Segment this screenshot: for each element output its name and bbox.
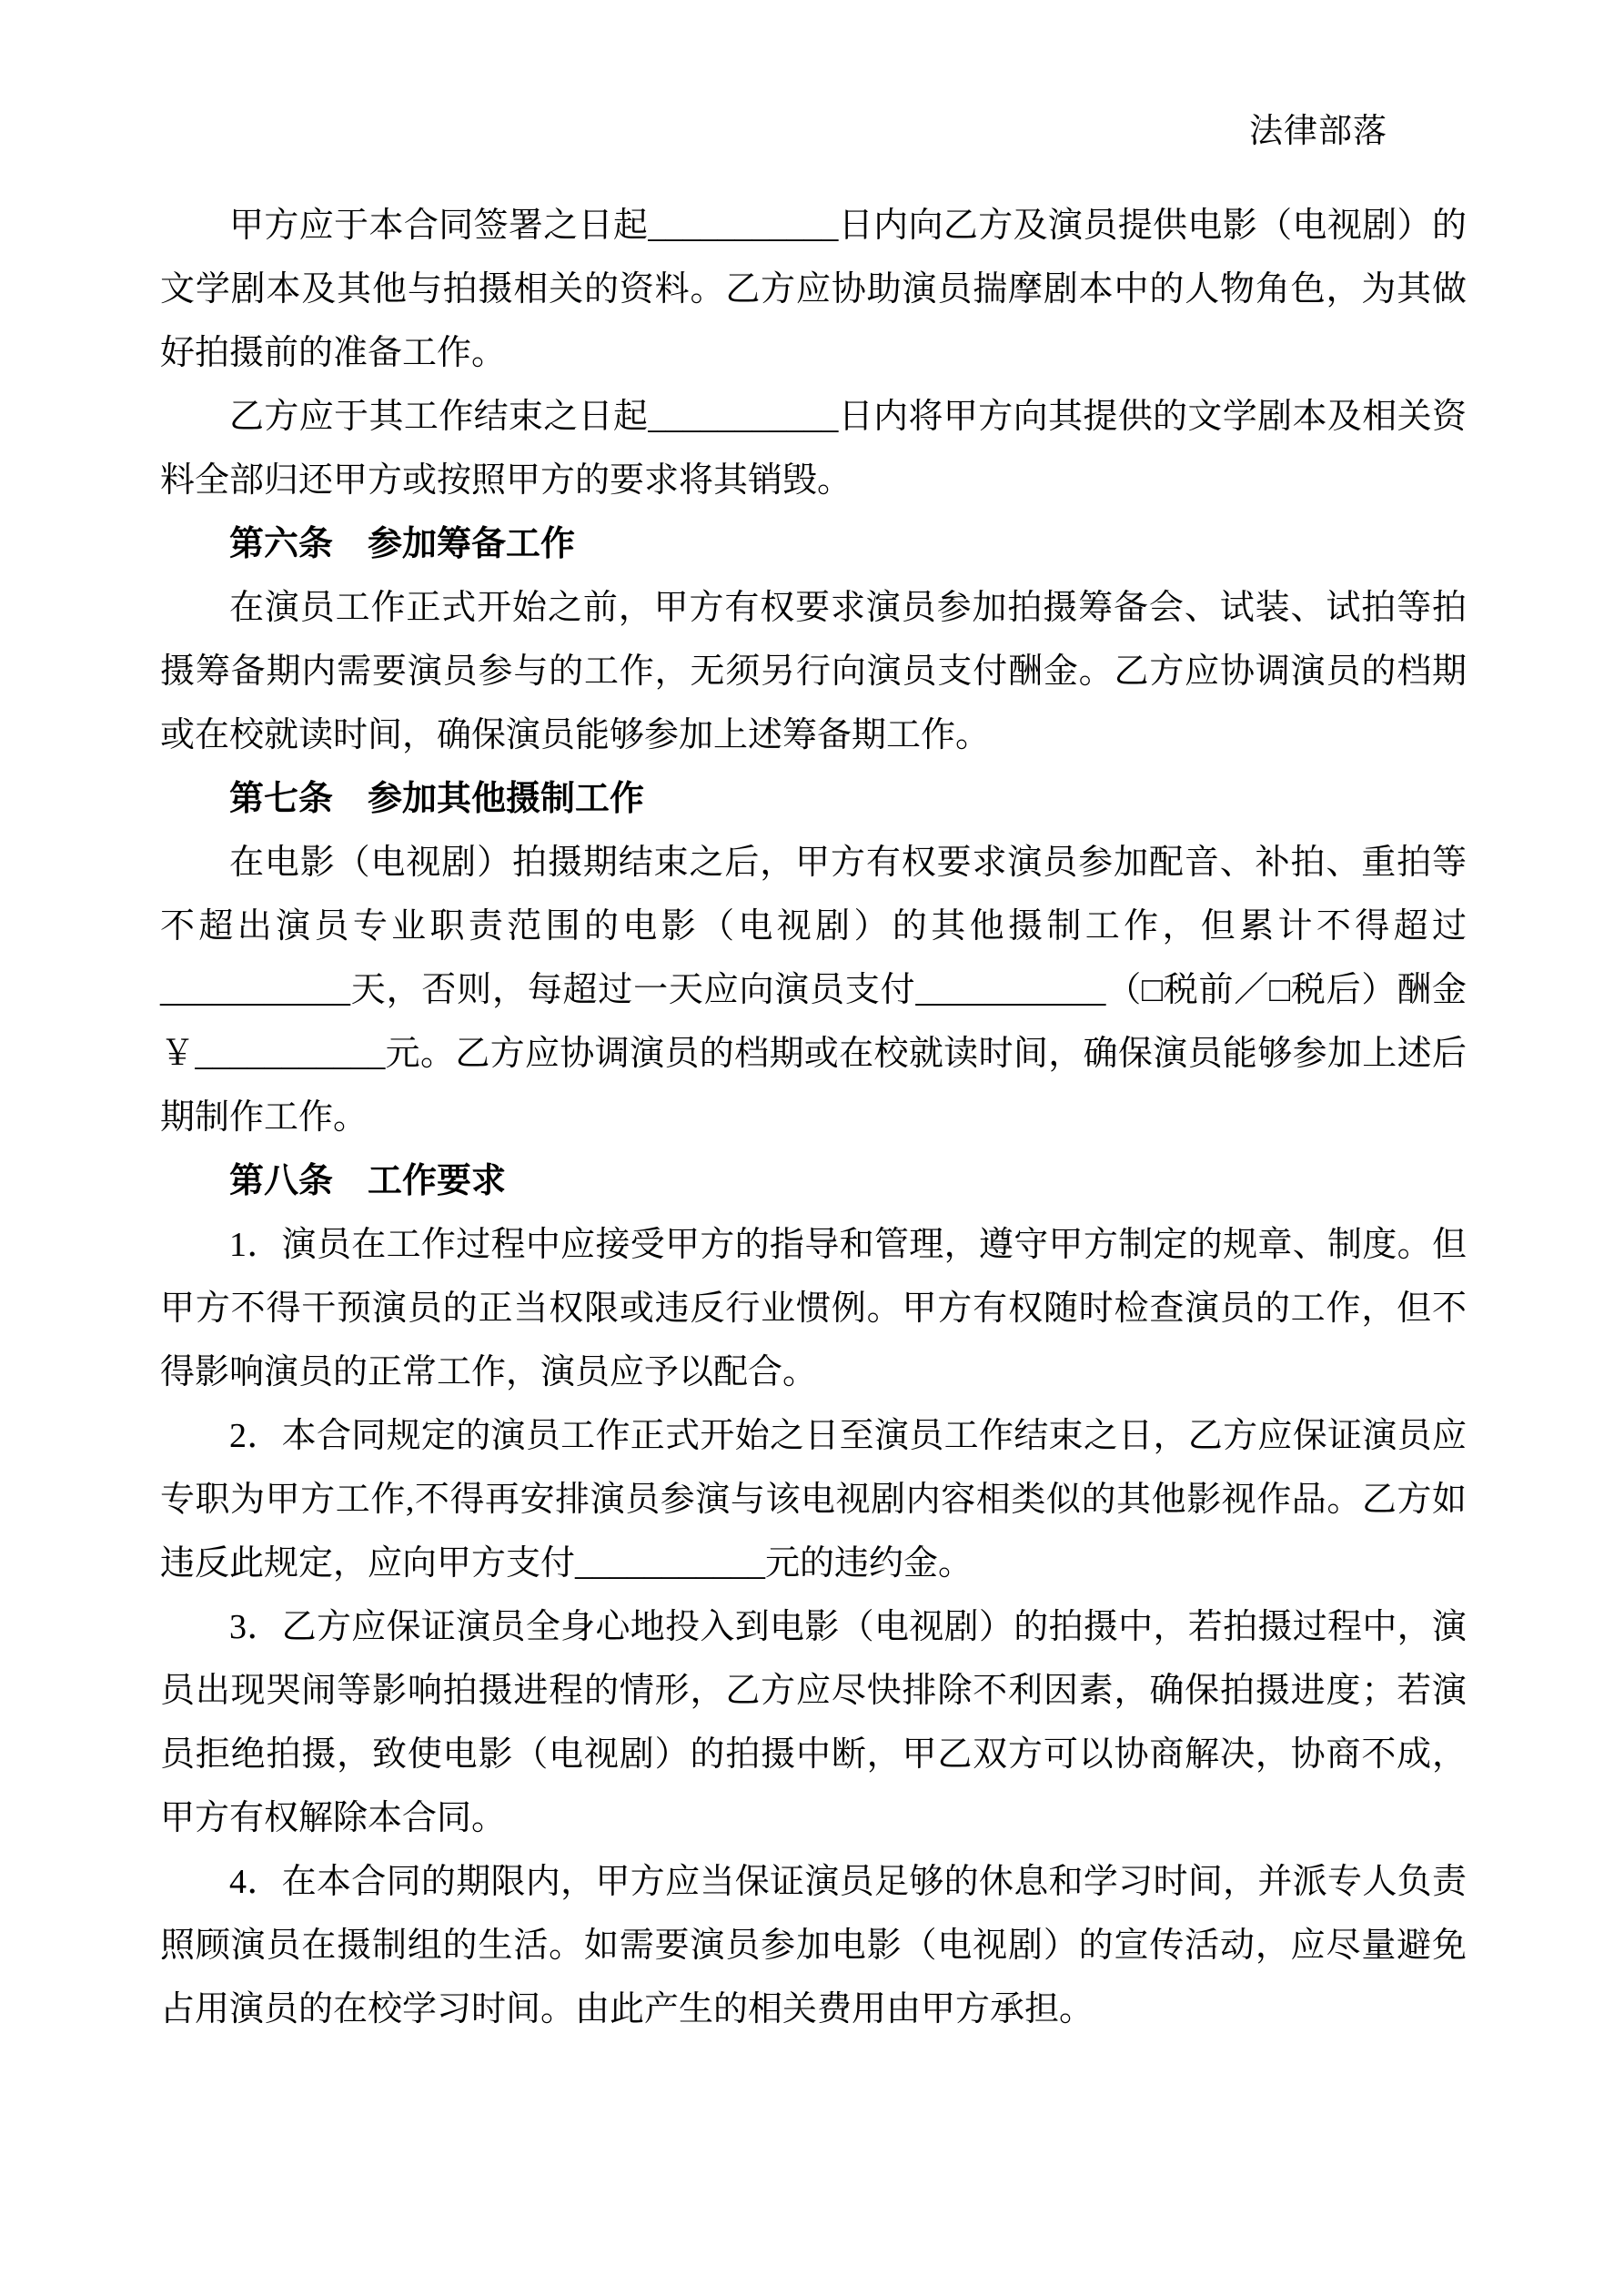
- clause-6-heading: 第六条 参加筹备工作: [160, 512, 1467, 576]
- clause-8-item-1: 1．演员在工作过程中应接受甲方的指导和管理，遵守甲方制定的规章、制度。但甲方不得…: [160, 1213, 1467, 1404]
- clause-6-body: 在演员工作正式开始之前，甲方有权要求演员参加拍摄筹备会、试装、试拍等拍摄筹备期内…: [160, 576, 1467, 767]
- clause-8-item-3: 3．乙方应保证演员全身心地投入到电影（电视剧）的拍摄中，若拍摄过程中，演员出现哭…: [160, 1595, 1467, 1850]
- para-script-return: 乙方应于其工作结束之日起___________日内将甲方向其提供的文学剧本及相关…: [160, 385, 1467, 512]
- contract-document-page: 法律部落 甲方应于本合同签署之日起___________日内向乙方及演员提供电影…: [0, 0, 1624, 2296]
- clause-8-heading: 第八条 工作要求: [160, 1149, 1467, 1213]
- contract-body: 甲方应于本合同签署之日起___________日内向乙方及演员提供电影（电视剧）…: [160, 194, 1467, 2041]
- legal-tribe-watermark: 法律部落: [1249, 113, 1387, 151]
- para-script-provision: 甲方应于本合同签署之日起___________日内向乙方及演员提供电影（电视剧）…: [160, 194, 1467, 385]
- clause-8-item-4: 4．在本合同的期限内，甲方应当保证演员足够的休息和学习时间，并派专人负责照顾演员…: [160, 1850, 1467, 2041]
- clause-7-heading: 第七条 参加其他摄制工作: [160, 767, 1467, 831]
- clause-7-body: 在电影（电视剧）拍摄期结束之后，甲方有权要求演员参加配音、补拍、重拍等不超出演员…: [160, 831, 1467, 1149]
- clause-8-item-2: 2．本合同规定的演员工作正式开始之日至演员工作结束之日，乙方应保证演员应专职为甲…: [160, 1404, 1467, 1595]
